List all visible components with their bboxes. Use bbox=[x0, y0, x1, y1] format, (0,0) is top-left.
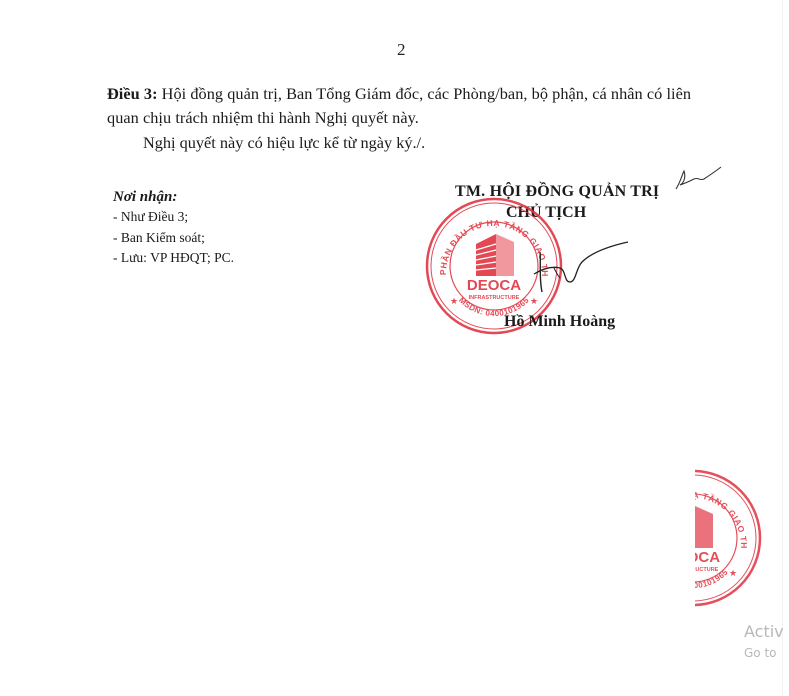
initials-signature-icon bbox=[672, 165, 722, 193]
svg-text:CÔNG TY CỔ PHẦN ĐẦU TƯ HẠ TẦNG: CÔNG TY CỔ PHẦN ĐẦU TƯ HẠ TẦNG GIAO THÔN… bbox=[623, 468, 749, 549]
recipients-title: Nơi nhận: bbox=[113, 187, 234, 207]
company-seal-partial: CÔNG TY CỔ PHẦN ĐẦU TƯ HẠ TẦNG GIAO THÔN… bbox=[623, 468, 763, 608]
svg-text:INFRASTRUCTURE: INFRASTRUCTURE bbox=[668, 567, 719, 573]
watermark-subtitle: Go to bbox=[744, 645, 784, 661]
effect-clause: Nghị quyết này có hiệu lực kể từ ngày ký… bbox=[143, 133, 425, 153]
svg-text:★: ★ bbox=[530, 297, 538, 307]
watermark-title: Activ bbox=[744, 622, 784, 642]
svg-text:MSDN: 0400101965: MSDN: 0400101965 bbox=[656, 567, 730, 590]
handwritten-signature-icon bbox=[530, 238, 630, 298]
article-3-label: Điều 3: bbox=[107, 84, 158, 103]
svg-text:INFRASTRUCTURE: INFRASTRUCTURE bbox=[469, 295, 520, 301]
page-number: 2 bbox=[397, 40, 406, 60]
svg-text:★: ★ bbox=[450, 297, 458, 307]
signatory-name: Hồ Minh Hoàng bbox=[504, 313, 615, 331]
activation-watermark: Activ Go to bbox=[744, 622, 784, 661]
recipients-block: Nơi nhận: - Như Điều 3; - Ban Kiểm soát;… bbox=[113, 187, 234, 269]
recipient-item: - Như Điều 3; bbox=[113, 207, 234, 228]
page-edge bbox=[782, 0, 783, 696]
article-3-text: Hội đồng quản trị, Ban Tổng Giám đốc, cá… bbox=[107, 84, 691, 127]
recipient-item: - Lưu: VP HĐQT; PC. bbox=[113, 248, 234, 269]
svg-text:★: ★ bbox=[729, 569, 737, 579]
svg-text:DEOCA: DEOCA bbox=[467, 277, 521, 294]
svg-text:DEOCA: DEOCA bbox=[666, 549, 720, 566]
article-3: Điều 3: Hội đồng quản trị, Ban Tổng Giám… bbox=[107, 82, 707, 130]
recipient-item: - Ban Kiểm soát; bbox=[113, 228, 234, 249]
